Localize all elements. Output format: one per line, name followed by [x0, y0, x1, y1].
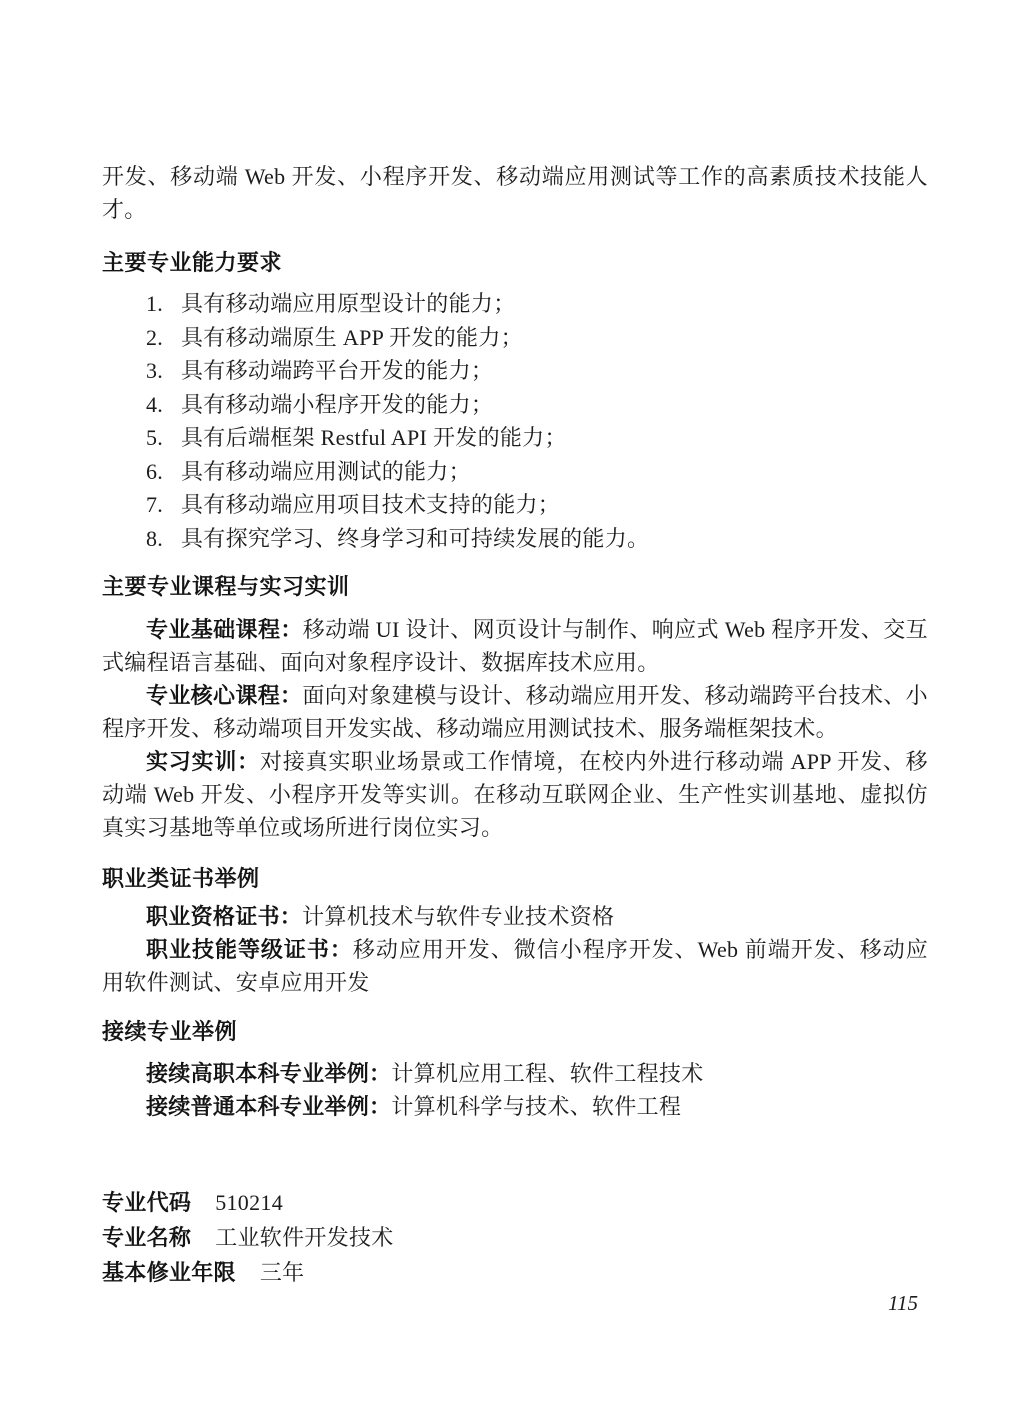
item-number: 4.	[146, 388, 181, 422]
lead-skill-level-cert: 职业技能等级证书：	[146, 937, 353, 962]
heading-continuation-majors: 接续专业举例	[102, 1015, 928, 1048]
item-text: 具有移动端小程序开发的能力；	[181, 392, 493, 417]
paragraph-internship: 实习实训：对接真实职业场景或工作情境，在校内外进行移动端 APP 开发、移动端 …	[102, 745, 928, 844]
paragraph-core-courses: 专业核心课程：面向对象建模与设计、移动端应用开发、移动端跨平台技术、小程序开发、…	[102, 679, 928, 745]
item-text: 具有移动端原生 APP 开发的能力；	[181, 325, 523, 350]
heading-courses: 主要专业课程与实习实训	[102, 570, 928, 603]
ability-item: 2.具有移动端原生 APP 开发的能力；	[102, 321, 928, 355]
item-number: 7.	[146, 488, 181, 522]
item-text: 具有探究学习、终身学习和可持续发展的能力。	[181, 526, 649, 551]
item-text: 具有移动端应用测试的能力；	[181, 459, 471, 484]
paragraph-vocational-bachelor: 接续高职本科专业举例：计算机应用工程、软件工程技术	[102, 1057, 928, 1090]
field-value-major-code: 510214	[215, 1190, 283, 1215]
field-major-code: 专业代码510214	[102, 1185, 928, 1220]
item-number: 8.	[146, 522, 181, 556]
text-qualification-cert: 计算机技术与软件专业技术资格	[302, 904, 614, 929]
intro-paragraph: 开发、移动端 Web 开发、小程序开发、移动端应用测试等工作的高素质技术技能人才…	[102, 160, 928, 226]
field-value-study-duration: 三年	[260, 1260, 305, 1285]
field-study-duration: 基本修业年限三年	[102, 1255, 928, 1290]
ability-item: 8.具有探究学习、终身学习和可持续发展的能力。	[102, 522, 928, 556]
text-vocational-bachelor: 计算机应用工程、软件工程技术	[391, 1061, 703, 1086]
lead-vocational-bachelor: 接续高职本科专业举例：	[146, 1061, 391, 1086]
page-number: 115	[888, 1291, 918, 1316]
heading-certificates: 职业类证书举例	[102, 862, 928, 895]
ability-item: 5.具有后端框架 Restful API 开发的能力；	[102, 421, 928, 455]
item-number: 5.	[146, 421, 181, 455]
field-value-major-name: 工业软件开发技术	[215, 1225, 393, 1250]
field-label-major-code: 专业代码	[102, 1190, 191, 1215]
item-text: 具有后端框架 Restful API 开发的能力；	[181, 425, 567, 450]
lead-qualification-cert: 职业资格证书：	[146, 904, 302, 929]
paragraph-basic-courses: 专业基础课程：移动端 UI 设计、网页设计与制作、响应式 Web 程序开发、交互…	[102, 613, 928, 679]
field-label-study-duration: 基本修业年限	[102, 1260, 236, 1285]
ability-item: 7.具有移动端应用项目技术支持的能力；	[102, 488, 928, 522]
paragraph-regular-bachelor: 接续普通本科专业举例：计算机科学与技术、软件工程	[102, 1090, 928, 1123]
next-major-header: 专业代码510214 专业名称工业软件开发技术 基本修业年限三年	[102, 1185, 928, 1290]
lead-basic-courses: 专业基础课程：	[146, 617, 303, 642]
paragraph-skill-level-cert: 职业技能等级证书：移动应用开发、微信小程序开发、Web 前端开发、移动应用软件测…	[102, 933, 928, 999]
lead-regular-bachelor: 接续普通本科专业举例：	[146, 1094, 391, 1119]
ability-item: 6.具有移动端应用测试的能力；	[102, 455, 928, 489]
ability-item: 4.具有移动端小程序开发的能力；	[102, 388, 928, 422]
item-number: 3.	[146, 354, 181, 388]
item-number: 1.	[146, 287, 181, 321]
lead-core-courses: 专业核心课程：	[146, 683, 302, 708]
item-number: 6.	[146, 455, 181, 489]
paragraph-qualification-cert: 职业资格证书：计算机技术与软件专业技术资格	[102, 900, 928, 933]
heading-abilities: 主要专业能力要求	[102, 246, 928, 279]
item-number: 2.	[146, 321, 181, 355]
item-text: 具有移动端应用项目技术支持的能力；	[181, 492, 560, 517]
page-content: 开发、移动端 Web 开发、小程序开发、移动端应用测试等工作的高素质技术技能人才…	[102, 160, 928, 1290]
item-text: 具有移动端应用原型设计的能力；	[181, 291, 516, 316]
abilities-list: 1.具有移动端应用原型设计的能力； 2.具有移动端原生 APP 开发的能力； 3…	[102, 287, 928, 555]
text-regular-bachelor: 计算机科学与技术、软件工程	[391, 1094, 681, 1119]
field-major-name: 专业名称工业软件开发技术	[102, 1220, 928, 1255]
ability-item: 1.具有移动端应用原型设计的能力；	[102, 287, 928, 321]
lead-internship: 实习实训：	[146, 749, 260, 774]
field-label-major-name: 专业名称	[102, 1225, 191, 1250]
document-page: 开发、移动端 Web 开发、小程序开发、移动端应用测试等工作的高素质技术技能人才…	[0, 0, 1024, 1426]
ability-item: 3.具有移动端跨平台开发的能力；	[102, 354, 928, 388]
item-text: 具有移动端跨平台开发的能力；	[181, 358, 493, 383]
